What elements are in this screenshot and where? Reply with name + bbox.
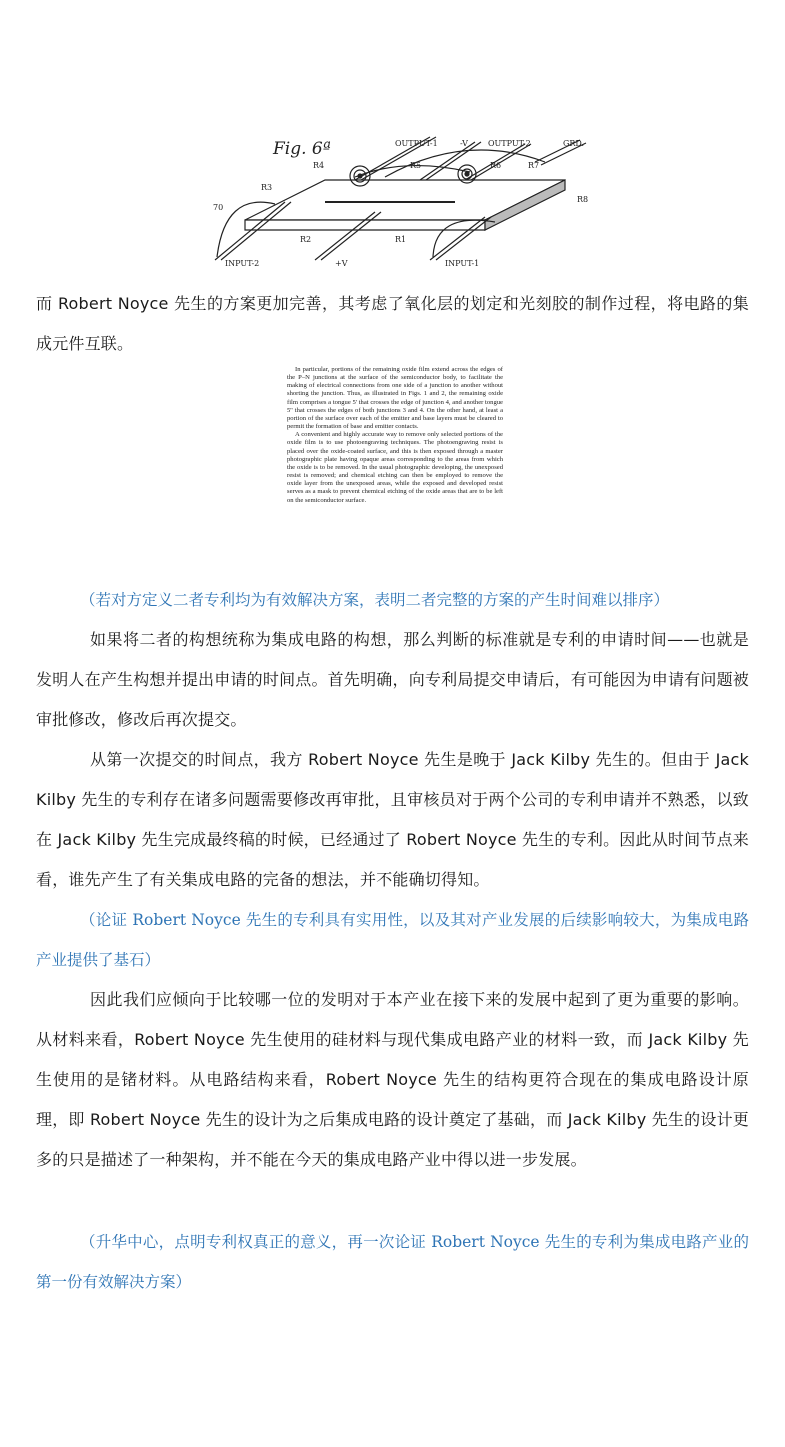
svg-text:Fig. 6ª: Fig. 6ª xyxy=(272,139,331,159)
svg-text:R6: R6 xyxy=(490,161,501,170)
paragraph-first-submission: 从第一次提交的时间点，我方 Robert Noyce 先生是晚于 Jack Ki… xyxy=(36,740,749,900)
paragraph-industry-impact: 因此我们应倾向于比较哪一位的发明对于本产业在接下来的发展中起到了更为重要的影响。… xyxy=(36,980,749,1180)
svg-text:R3: R3 xyxy=(261,183,272,192)
svg-text:R4: R4 xyxy=(313,161,324,170)
patent-figure-6a: Fig. 6ª OUTPUT-1 -V OUTPUT-2 GRD. INPUT-… xyxy=(205,132,595,268)
svg-text:R2: R2 xyxy=(300,235,311,244)
paragraph-noyce-complete: 而 Robert Noyce 先生的方案更加完善，其考虑了氧化层的划定和光刻胶的… xyxy=(36,284,749,364)
svg-text:-V: -V xyxy=(460,139,468,148)
patent-excerpt: In particular, portions of the remaining… xyxy=(287,366,503,578)
annotation-note-1: （若对方定义二者专利均为有效解决方案，表明二者完整的方案的产生时间难以排序） xyxy=(80,580,749,620)
svg-text:OUTPUT-1: OUTPUT-1 xyxy=(395,139,438,148)
svg-text:70: 70 xyxy=(213,203,223,212)
annotation-note-2: （论证 Robert Noyce 先生的专利具有实用性，以及其对产业发展的后续影… xyxy=(36,900,749,980)
svg-text:R5: R5 xyxy=(410,161,421,170)
circuit-drawing: Fig. 6ª OUTPUT-1 -V OUTPUT-2 GRD. INPUT-… xyxy=(205,132,595,268)
svg-text:+V: +V xyxy=(335,259,348,268)
excerpt-paragraph-2: A convenient and highly accurate way to … xyxy=(287,431,503,504)
paragraph-application-time: 如果将二者的构想统称为集成电路的构想，那么判断的标准就是专利的申请时间——也就是… xyxy=(36,620,749,740)
svg-text:R8: R8 xyxy=(577,195,588,204)
svg-text:OUTPUT-2: OUTPUT-2 xyxy=(488,139,531,148)
svg-text:INPUT-1: INPUT-1 xyxy=(445,259,479,268)
svg-text:GRD.: GRD. xyxy=(563,139,584,148)
svg-text:INPUT-2: INPUT-2 xyxy=(225,259,259,268)
annotation-note-3: （升华中心，点明专利权真正的意义，再一次论证 Robert Noyce 先生的专… xyxy=(36,1222,749,1302)
svg-text:R1: R1 xyxy=(395,235,406,244)
svg-text:R7: R7 xyxy=(528,161,539,170)
excerpt-paragraph-1: In particular, portions of the remaining… xyxy=(287,366,503,431)
